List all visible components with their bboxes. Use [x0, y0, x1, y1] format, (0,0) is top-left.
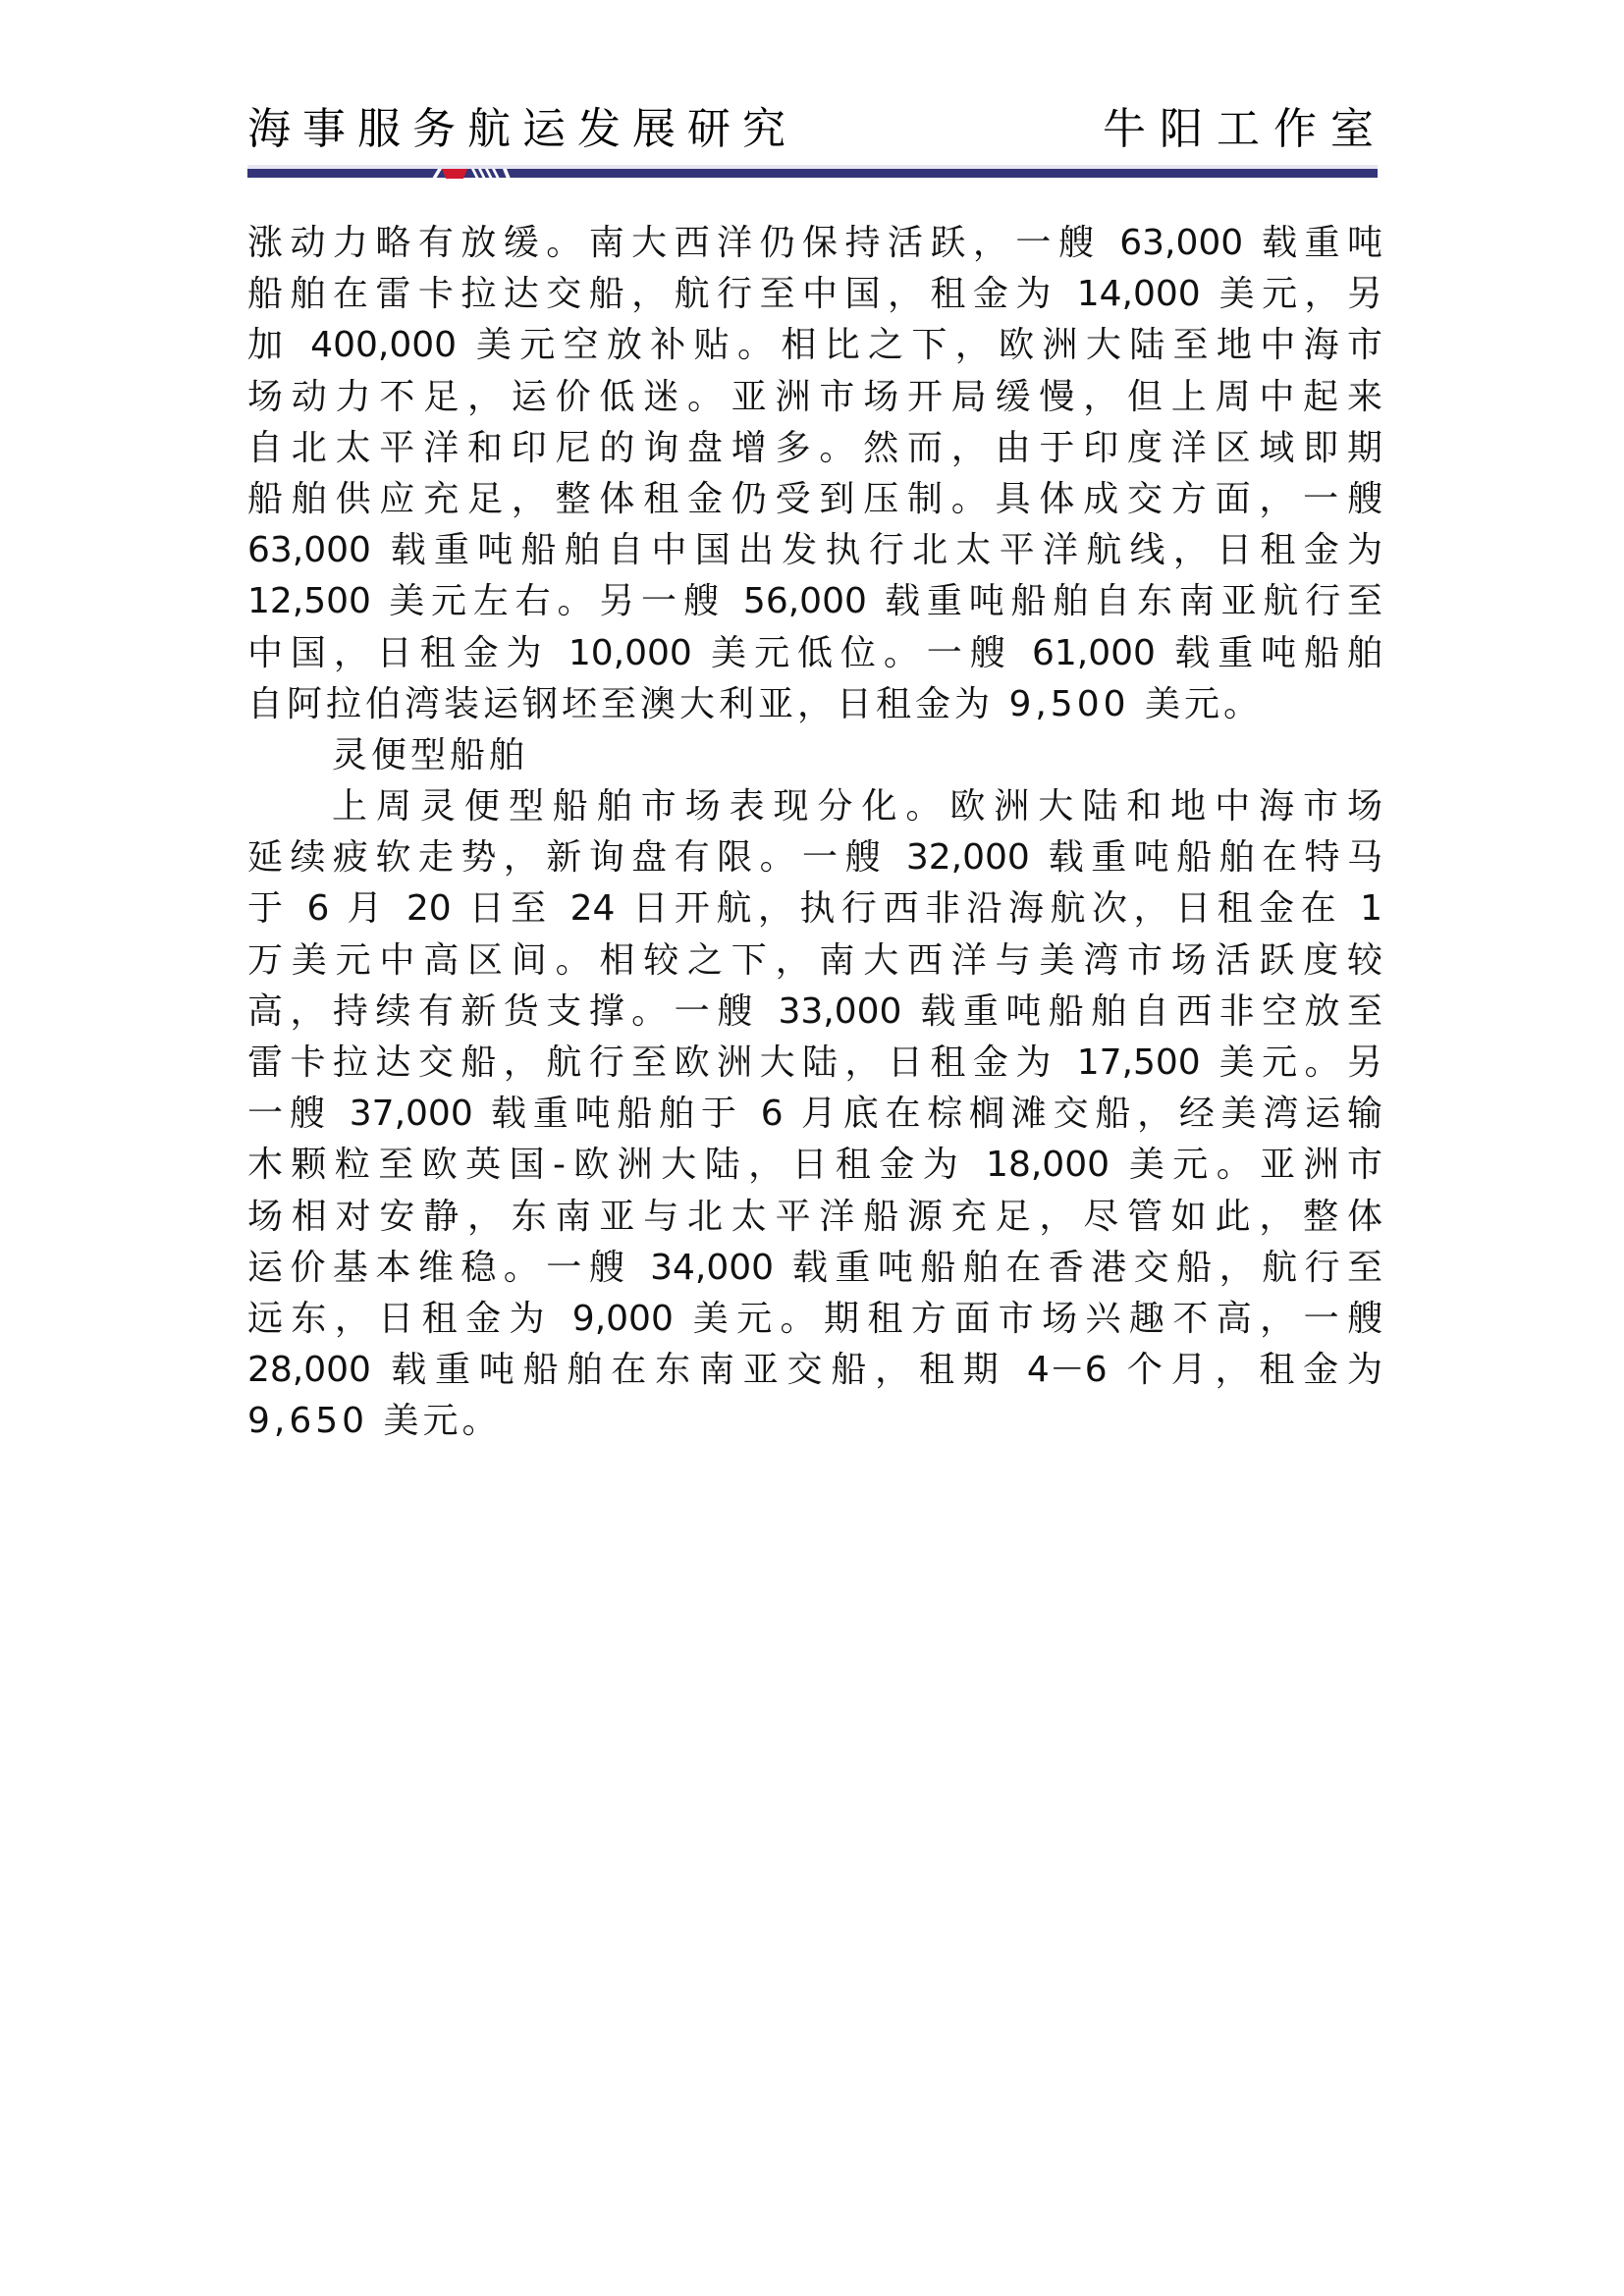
rule-stripe-accent-icon — [432, 165, 514, 179]
text-line: 涨动力略有放缓。南大西洋仍保持活跃，一艘 63,000 载重吨 — [247, 218, 1382, 269]
header-divider-rule — [247, 165, 1378, 179]
text-line: 场动力不足，运价低迷。亚洲市场开局缓慢，但上周中起来 — [247, 372, 1382, 423]
header-title: 海事服务航运发展研究 — [247, 102, 797, 157]
text-line: 木颗粒至欧英国-欧洲大陆，日租金为 18,000 美元。亚洲市 — [247, 1140, 1382, 1191]
text-line: 船舶在雷卡拉达交船，航行至中国，租金为 14,000 美元，另 — [247, 269, 1382, 320]
rule-navy-bar — [247, 169, 1378, 178]
text-line: 上周灵便型船舶市场表现分化。欧洲大陆和地中海市场 — [247, 781, 1382, 832]
text-line: 9,650 美元。 — [247, 1396, 1382, 1447]
paragraph-capesize-supramax: 涨动力略有放缓。南大西洋仍保持活跃，一艘 63,000 载重吨 船舶在雷卡拉达交… — [247, 218, 1382, 730]
text-line: 远东，日租金为 9,000 美元。期租方面市场兴趣不高，一艘 — [247, 1294, 1382, 1345]
text-line: 于 6 月 20 日至 24 日开航，执行西非沿海航次，日租金在 1 — [247, 883, 1382, 934]
text-line: 12,500 美元左右。另一艘 56,000 载重吨船舶自东南亚航行至 — [247, 576, 1382, 627]
text-line: 自阿拉伯湾装运钢坯至澳大利亚，日租金为 9,500 美元。 — [247, 679, 1382, 730]
text-line: 28,000 载重吨船舶在东南亚交船，租期 4－6 个月，租金为 — [247, 1345, 1382, 1396]
header-organization: 牛阳工作室 — [1103, 102, 1387, 157]
article-body: 涨动力略有放缓。南大西洋仍保持活跃，一艘 63,000 载重吨 船舶在雷卡拉达交… — [247, 218, 1382, 1448]
text-line: 63,000 载重吨船舶自中国出发执行北太平洋航线，日租金为 — [247, 525, 1382, 576]
paragraph-handysize: 上周灵便型船舶市场表现分化。欧洲大陆和地中海市场 延续疲软走势，新询盘有限。一艘… — [247, 781, 1382, 1447]
text-line: 高，持续有新货支撑。一艘 33,000 载重吨船舶自西非空放至 — [247, 987, 1382, 1038]
text-line: 运价基本维稳。一艘 34,000 载重吨船舶在香港交船，航行至 — [247, 1243, 1382, 1294]
text-line: 自北太平洋和印尼的询盘增多。然而，由于印度洋区域即期 — [247, 423, 1382, 474]
text-line: 一艘 37,000 载重吨船舶于 6 月底在棕榈滩交船，经美湾运输 — [247, 1089, 1382, 1140]
text-line: 加 400,000 美元空放补贴。相比之下，欧洲大陆至地中海市 — [247, 320, 1382, 371]
text-line: 雷卡拉达交船，航行至欧洲大陆，日租金为 17,500 美元。另 — [247, 1038, 1382, 1089]
text-line: 延续疲软走势，新询盘有限。一艘 32,000 载重吨船舶在特马 — [247, 832, 1382, 883]
section-heading-handysize: 灵便型船舶 — [247, 730, 1382, 781]
text-line: 场相对安静，东南亚与北太平洋船源充足，尽管如此，整体 — [247, 1192, 1382, 1243]
page-header: 海事服务航运发展研究 牛阳工作室 — [247, 98, 1378, 163]
text-line: 万美元中高区间。相较之下，南大西洋与美湾市场活跃度较 — [247, 935, 1382, 987]
text-line: 中国，日租金为 10,000 美元低位。一艘 61,000 载重吨船舶 — [247, 628, 1382, 679]
text-line: 船舶供应充足，整体租金仍受到压制。具体成交方面，一艘 — [247, 474, 1382, 525]
